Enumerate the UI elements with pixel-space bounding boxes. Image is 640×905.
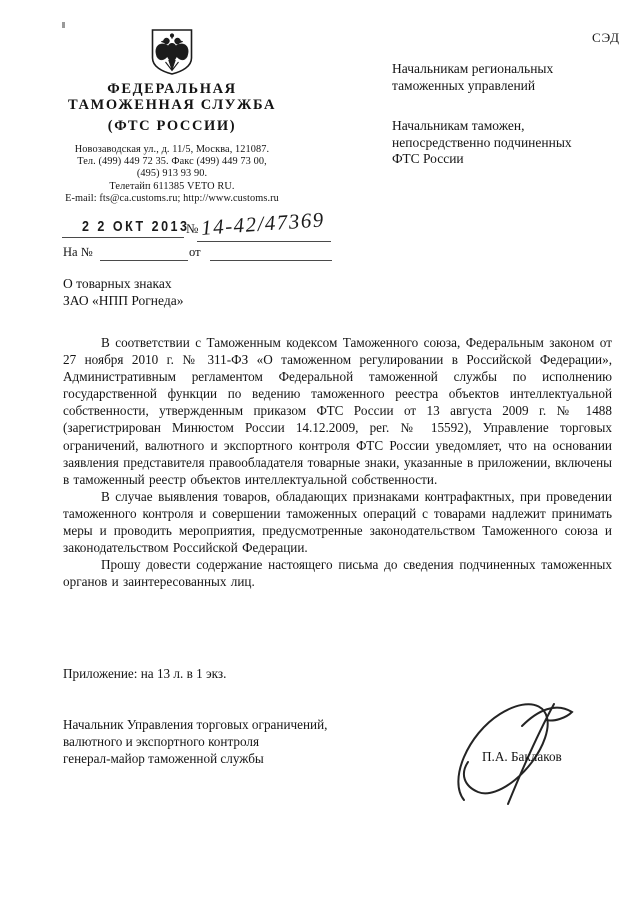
signer-position-line3: генерал-майор таможенной службы (63, 750, 327, 767)
body-paragraph-2: В случае выявления товаров, обладающих п… (63, 488, 612, 556)
reply-from-label: от (189, 245, 201, 260)
org-address-line1: Новозаводская ул., д. 11/5, Москва, 1210… (56, 144, 288, 156)
addressee-block-2: Начальникам таможен, непосредственно под… (392, 118, 617, 168)
signer-name: П.А. Баклаков (482, 749, 562, 765)
org-address-line2: Тел. (499) 449 72 35. Факс (499) 449 73 … (56, 156, 288, 168)
fts-emblem-eagle-icon (149, 28, 195, 76)
number-sign: № (186, 221, 198, 237)
addressee1-line1: Начальникам региональных (392, 60, 617, 77)
addressee1-line2: таможенных управлений (392, 77, 617, 94)
letter-body: В соответствии с Таможенным кодексом Там… (63, 334, 612, 590)
addressee-block-1: Начальникам региональных таможенных упра… (392, 60, 617, 94)
org-name-line2: ТАМОЖЕННАЯ СЛУЖБА (56, 98, 288, 114)
org-name-line3: (ФТС РОССИИ) (56, 119, 288, 135)
signer-position-block: Начальник Управления торговых ограничени… (63, 716, 327, 767)
letterhead: ФЕДЕРАЛЬНАЯ ТАМОЖЕННАЯ СЛУЖБА (ФТС РОССИ… (56, 28, 288, 206)
body-paragraph-3: Прошу довести содержание настоящего пись… (63, 556, 612, 590)
sed-marker: СЭД (560, 30, 620, 46)
signer-position-line2: валютного и экспортного контроля (63, 733, 327, 750)
number-underline (197, 241, 331, 242)
date-stamp: 2 2 ОКТ 2013 (82, 218, 189, 235)
addressee2-line2: непосредственно подчиненных (392, 135, 617, 152)
subject-line1: О товарных знаках (63, 276, 183, 293)
reply-date-underline (210, 260, 332, 261)
attachment-note: Приложение: на 13 л. в 1 экз. (63, 666, 226, 682)
org-name-line1: ФЕДЕРАЛЬНАЯ (56, 82, 288, 98)
date-underline (62, 237, 184, 238)
org-address-line5: E-mail: fts@ca.customs.ru; http://www.cu… (56, 193, 288, 205)
org-address-block: Новозаводская ул., д. 11/5, Москва, 1210… (56, 144, 288, 206)
org-address-line3: (495) 913 93 90. (56, 168, 288, 180)
org-address-line4: Телетайп 611385 VETO RU. (56, 181, 288, 193)
scanned-letter-page: СЭД ФЕДЕРАЛЬНАЯ ТАМОЖЕННАЯ СЛУЖБА (ФТС Р… (0, 0, 640, 905)
reply-number-underline (100, 260, 188, 261)
signer-position-line1: Начальник Управления торговых ограничени… (63, 716, 327, 733)
body-paragraph-1: В соответствии с Таможенным кодексом Там… (63, 334, 612, 488)
addressee2-line3: ФТС России (392, 151, 617, 168)
addressee2-line1: Начальникам таможен, (392, 118, 617, 135)
reply-number-label: На № (63, 245, 93, 260)
subject-block: О товарных знаках ЗАО «НПП Рогнеда» (63, 276, 183, 309)
outgoing-number-handwritten: 14-42/47369 (200, 206, 341, 241)
subject-line2: ЗАО «НПП Рогнеда» (63, 293, 183, 310)
